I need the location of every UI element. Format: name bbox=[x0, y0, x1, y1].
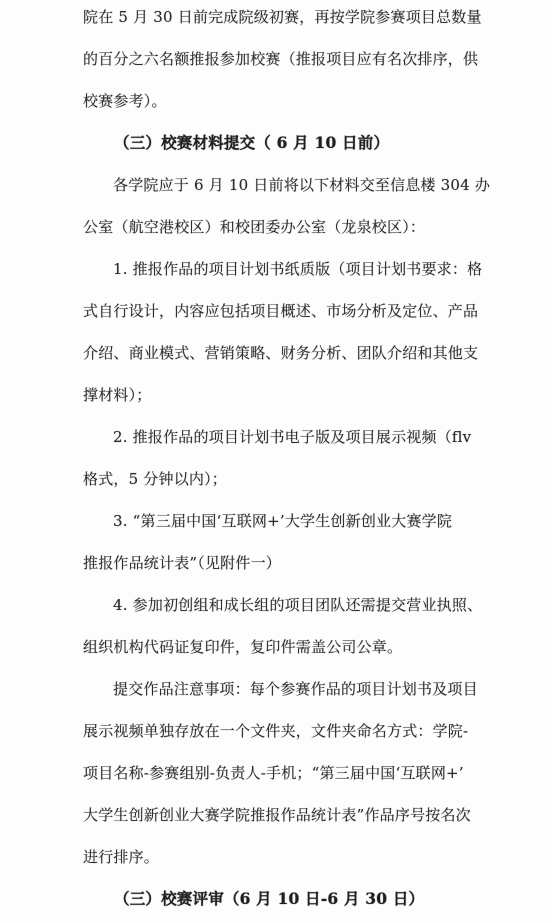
document-text-block: 院在 5 月 30 日前完成院级初赛，再按学院参赛项目总数量的百分之六名额推报参… bbox=[83, 0, 485, 920]
text-line: 大学生创新创业大赛学院推报作品统计表”作品序号按名次 bbox=[83, 794, 485, 836]
text-line: 4. 参加初创组和成长组的项目团队还需提交营业执照、 bbox=[83, 584, 485, 626]
document-page: 院在 5 月 30 日前完成院级初赛，再按学院参赛项目总数量的百分之六名额推报参… bbox=[0, 0, 552, 923]
text-line: 格式，5 分钟以内）； bbox=[83, 458, 485, 500]
section-heading: （三）校赛评审（6 月 10 日-6 月 30 日） bbox=[83, 878, 485, 920]
text-line: 展示视频单独存放在一个文件夹，文件夹命名方式：学院- bbox=[83, 710, 485, 752]
text-line: 进行排序。 bbox=[83, 836, 485, 878]
text-line: 的百分之六名额推报参加校赛（推报项目应有名次排序，供 bbox=[83, 38, 485, 80]
section-heading: （三）校赛材料提交（ 6 月 10 日前） bbox=[83, 122, 485, 164]
text-line: 推报作品统计表”（见附件一） bbox=[83, 542, 485, 584]
text-line: 组织机构代码证复印件，复印件需盖公司公章。 bbox=[83, 626, 485, 668]
text-line: 1. 推报作品的项目计划书纸质版（项目计划书要求：格 bbox=[83, 248, 485, 290]
text-line: 3. “第三届中国‘互联网+’大学生创新创业大赛学院 bbox=[83, 500, 485, 542]
text-line: 介绍、商业模式、营销策略、财务分析、团队介绍和其他支 bbox=[83, 332, 485, 374]
text-line: 式自行设计，内容应包括项目概述、市场分析及定位、产品 bbox=[83, 290, 485, 332]
text-line: 项目名称-参赛组别-负责人-手机；“第三届中国‘互联网+’ bbox=[83, 752, 485, 794]
text-line: 院在 5 月 30 日前完成院级初赛，再按学院参赛项目总数量 bbox=[83, 0, 485, 38]
text-line: 2. 推报作品的项目计划书电子版及项目展示视频（flv bbox=[83, 416, 485, 458]
text-line: 各学院应于 6 月 10 日前将以下材料交至信息楼 304 办 bbox=[83, 164, 485, 206]
text-line: 校赛参考）。 bbox=[83, 80, 485, 122]
text-line: 提交作品注意事项：每个参赛作品的项目计划书及项目 bbox=[83, 668, 485, 710]
text-line: 公室（航空港校区）和校团委办公室（龙泉校区）： bbox=[83, 206, 485, 248]
text-line: 撑材料）； bbox=[83, 374, 485, 416]
